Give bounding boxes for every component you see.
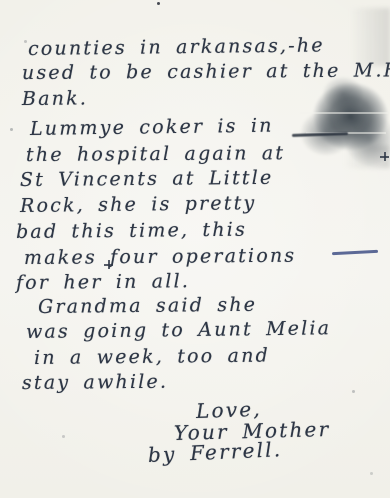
letter-line-8: bad this time, this [16,219,247,243]
letter-line-11: Grandma said she [38,294,257,318]
letter-line-6: St Vincents at Little [20,167,274,191]
letter-line-1: counties in arkansas,-he [28,34,325,60]
letter-line-3: Bank. [22,87,88,110]
letter-line-7: Rock, she is pretty [20,192,257,217]
letter-line-9: makes four operations [24,245,297,269]
letter-line-14: stay awhile. [22,371,168,394]
blot-streak [300,112,388,114]
letter-line-13: in a week, too and [34,345,270,369]
letter-line-10: for her in all. [16,270,190,294]
letter-line-12: was going to Aunt Melia [26,317,332,343]
ink-blot [298,76,390,168]
letter-line-4: Lummye coker is in [30,115,274,140]
blue-dash-mark [332,250,378,255]
letter-line-2: used to be cashier at the M.Hp [22,59,390,84]
signature-by: by Ferrell. [147,437,282,467]
plus-mark [380,152,389,161]
letter-line-5: the hospital again at [26,142,285,166]
letter-scan: counties in arkansas,-he used to be cash… [0,0,390,498]
paper-specks [157,2,160,5]
edge-smudge-top-right [350,8,390,66]
